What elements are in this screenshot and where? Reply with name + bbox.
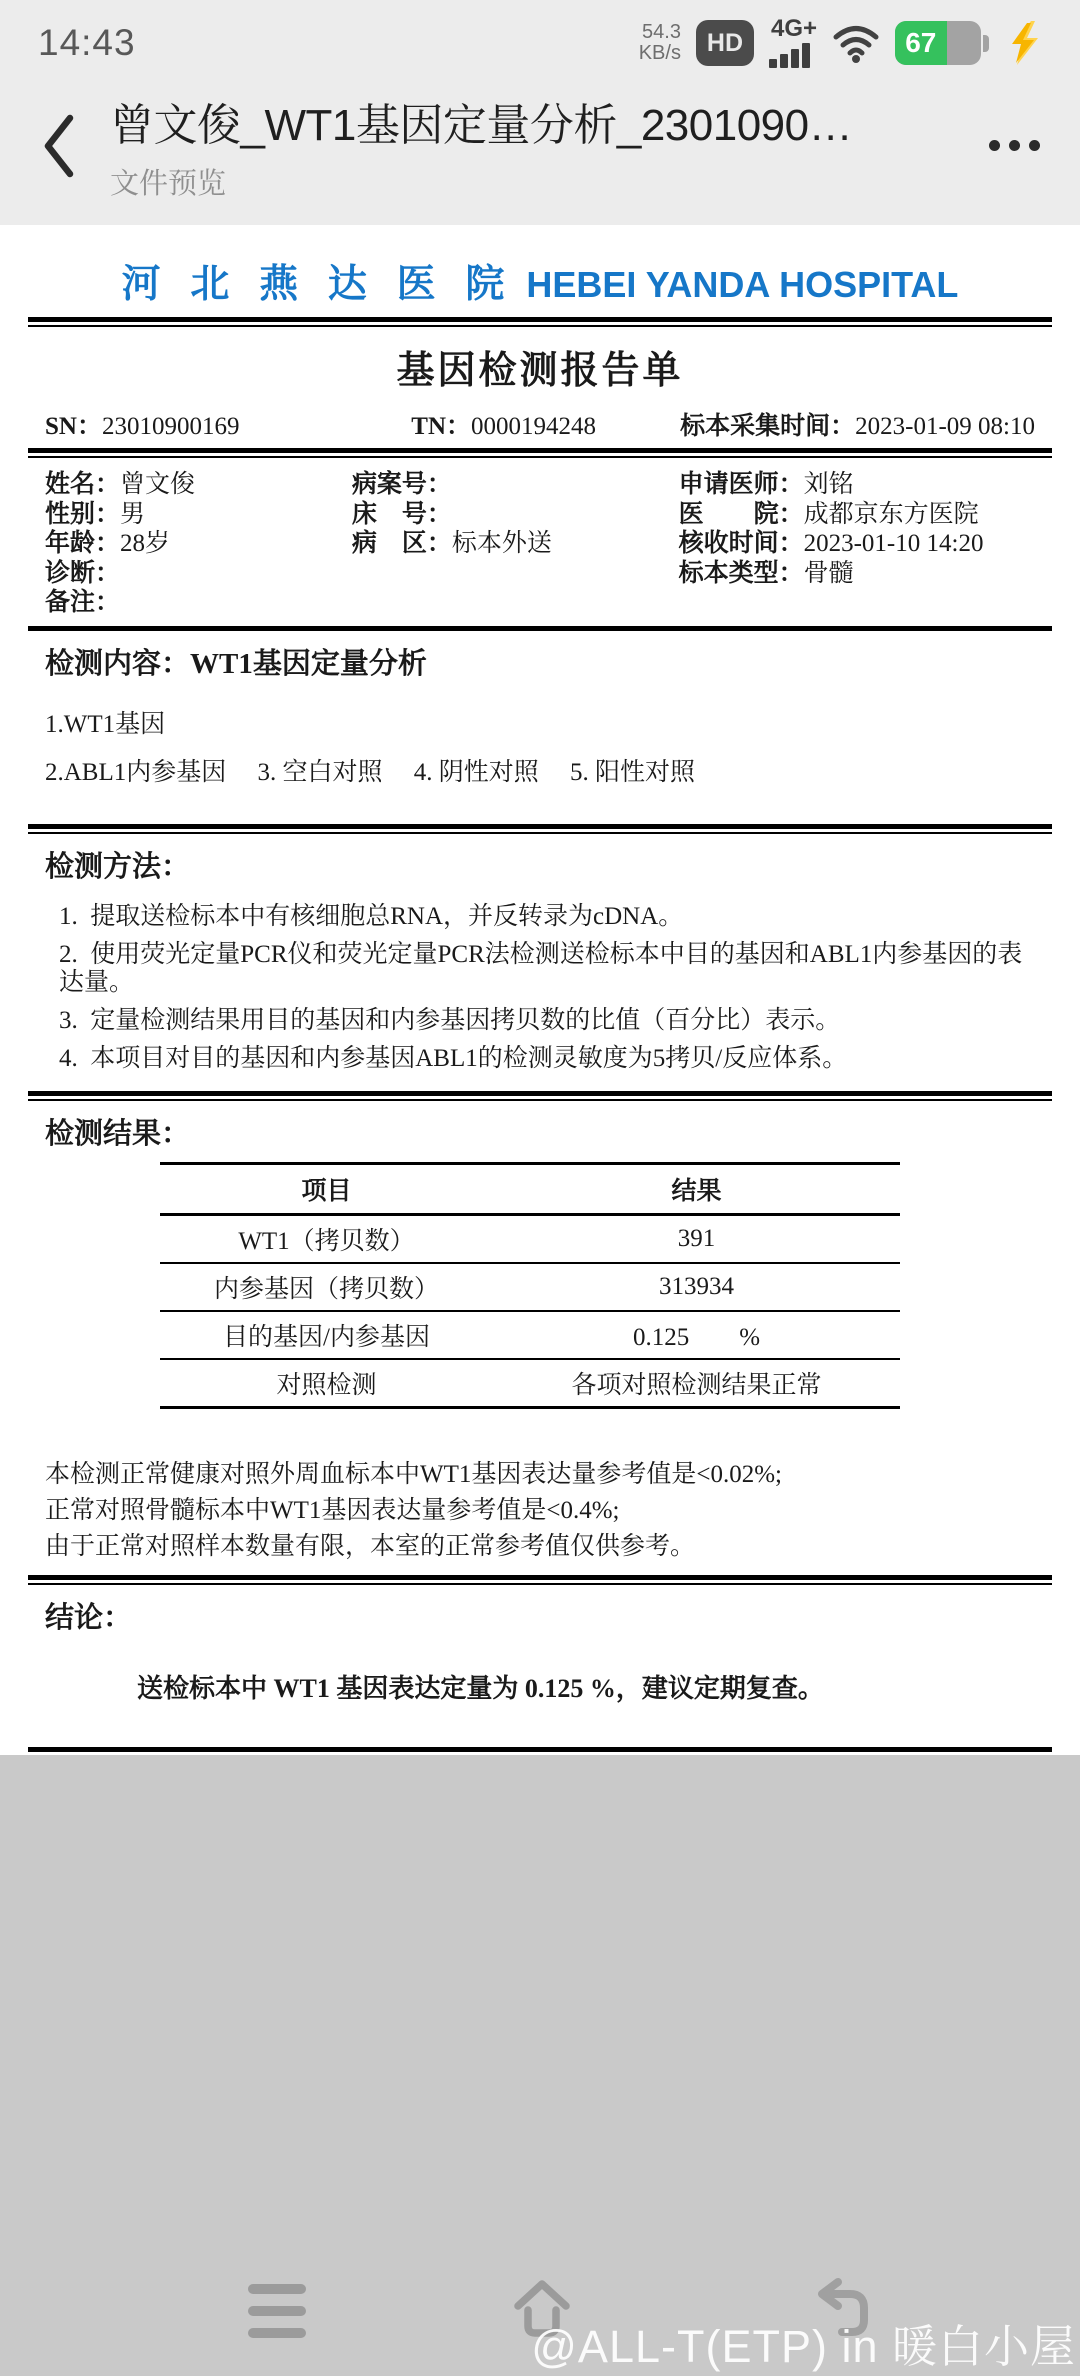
sn-field: SN：23010900169 xyxy=(45,406,411,442)
more-options-button[interactable] xyxy=(989,128,1040,163)
menu-bar-icon xyxy=(248,2284,306,2294)
table-row: 目的基因/内参基因 0.125 % xyxy=(160,1311,900,1359)
network-speed-unit: KB/s xyxy=(639,43,681,64)
network-type-label: 4G+ xyxy=(771,18,817,40)
reference-note: 本检测正常健康对照外周血标本中WT1基因表达量参考值是<0.02%; xyxy=(45,1461,1035,1489)
preview-label: 文件预览 xyxy=(110,161,852,202)
dot-icon xyxy=(1009,140,1020,151)
divider xyxy=(28,626,1052,631)
test-content-heading: 检测内容：WT1基因定量分析 xyxy=(45,641,1035,682)
wifi-icon xyxy=(832,22,880,64)
divider xyxy=(28,317,1052,327)
table-header-row: 项目 结果 xyxy=(160,1163,900,1214)
result-heading: 检测结果： xyxy=(45,1111,1035,1152)
method-section: 检测方法： 1. 提取送检标本中有核细胞总RNA，并反转录为cDNA。 2. 使… xyxy=(28,844,1052,1073)
report-title: 基因检测报告单 xyxy=(28,339,1052,394)
patient-col-2: 病案号： 床 号： 病 区：标本外送 xyxy=(352,470,679,618)
result-table: 项目 结果 WT1（拷贝数） 391 内参基因（拷贝数） 313934 目的基因… xyxy=(160,1162,900,1409)
dot-icon xyxy=(989,140,1000,151)
cell-item: WT1（拷贝数） xyxy=(160,1214,493,1263)
bottom-background: @ALL-T(ETP) in 暖白小屋 xyxy=(0,1755,1080,2376)
conclusion-text: 送检标本中 WT1 基因表达定量为 0.125 %，建议定期复查。 xyxy=(45,1668,1035,1705)
patient-info: 姓名：曾文俊 性别：男 年龄：28岁 诊断： 备注： 病案号： 床 号： 病 区… xyxy=(28,458,1052,624)
cell-value: 各项对照检测结果正常 xyxy=(493,1359,900,1408)
cellular-signal-icon: 4G+ xyxy=(769,18,817,68)
test-content-section: 检测内容：WT1基因定量分析 1.WT1基因 2.ABL1内参基因 3. 空白对… xyxy=(28,641,1052,788)
network-speed: 54.3 KB/s xyxy=(639,22,681,64)
signal-bars-icon xyxy=(769,43,810,68)
hd-volte-icon: HD xyxy=(696,20,754,66)
battery-icon: 67 xyxy=(895,21,989,65)
chevron-left-icon xyxy=(40,113,76,179)
col-header-result: 结果 xyxy=(493,1163,900,1214)
cell-value: 313934 xyxy=(493,1263,900,1311)
document-preview[interactable]: 河 北 燕 达 医 院 HEBEI YANDA HOSPITAL 基因检测报告单… xyxy=(0,225,1080,1755)
table-row: 对照检测 各项对照检测结果正常 xyxy=(160,1359,900,1408)
status-bar: 14:43 54.3 KB/s HD 4G+ xyxy=(0,0,1080,80)
collect-time-field: 标本采集时间：2023-01-09 08:10 xyxy=(679,406,1035,442)
cell-item: 目的基因/内参基因 xyxy=(160,1311,493,1359)
recents-menu-button[interactable] xyxy=(248,2284,306,2338)
divider xyxy=(28,448,1052,458)
app-chrome: 14:43 54.3 KB/s HD 4G+ xyxy=(0,0,1080,225)
test-content-item: 2.ABL1内参基因 3. 空白对照 4. 阴性对照 5. 阳性对照 xyxy=(45,752,1035,788)
cell-value: 0.125 % xyxy=(493,1311,900,1359)
conclusion-section: 结论： 送检标本中 WT1 基因表达定量为 0.125 %，建议定期复查。 xyxy=(28,1595,1052,1705)
conclusion-heading: 结论： xyxy=(45,1595,1035,1636)
network-speed-value: 54.3 xyxy=(639,22,681,43)
method-item: 4. 本项目对目的基因和内参基因ABL1的检测灵敏度为5拷贝/反应体系。 xyxy=(45,1045,1035,1073)
method-item: 1. 提取送检标本中有核细胞总RNA，并反转录为cDNA。 xyxy=(45,903,1035,931)
col-header-item: 项目 xyxy=(160,1163,493,1214)
method-heading: 检测方法： xyxy=(45,844,1035,885)
divider xyxy=(28,1747,1052,1756)
cell-value: 391 xyxy=(493,1214,900,1263)
cell-item: 对照检测 xyxy=(160,1359,493,1408)
charging-bolt-icon xyxy=(1004,19,1046,67)
menu-bar-icon xyxy=(248,2306,306,2316)
hospital-header: 河 北 燕 达 医 院 HEBEI YANDA HOSPITAL xyxy=(28,253,1052,309)
patient-col-1: 姓名：曾文俊 性别：男 年龄：28岁 诊断： 备注： xyxy=(45,470,352,618)
battery-percent: 67 xyxy=(895,21,947,65)
back-button[interactable] xyxy=(36,111,80,181)
hospital-name-cn: 河 北 燕 达 医 院 xyxy=(122,263,515,306)
tn-field: TN：0000194248 xyxy=(411,406,678,442)
watermark-text: @ALL-T(ETP) in 暖白小屋 xyxy=(531,2310,1076,2375)
reference-note: 由于正常对照样本数量有限，本室的正常参考值仅供参考。 xyxy=(45,1533,1035,1561)
menu-bar-icon xyxy=(248,2328,306,2338)
screen: 14:43 54.3 KB/s HD 4G+ xyxy=(0,0,1080,2376)
file-preview-header: 曾文俊_WT1基因定量分析_2301090… 文件预览 xyxy=(0,80,1080,225)
file-title: 曾文俊_WT1基因定量分析_2301090… xyxy=(110,89,852,153)
test-content-item: 1.WT1基因 xyxy=(45,704,1035,740)
table-row: 内参基因（拷贝数） 313934 xyxy=(160,1263,900,1311)
status-icons: 54.3 KB/s HD 4G+ xyxy=(639,18,1046,68)
result-section: 检测结果： 项目 结果 WT1（拷贝数） 391 内参基因（拷贝数） 3139 xyxy=(28,1111,1052,1561)
hospital-name-en: HEBEI YANDA HOSPITAL xyxy=(526,264,958,305)
method-item: 2. 使用荧光定量PCR仪和荧光定量PCR法检测送检标本中目的基因和ABL1内参… xyxy=(45,941,1035,997)
specimen-id-row: SN：23010900169 TN：0000194248 标本采集时间：2023… xyxy=(28,406,1052,442)
patient-col-3: 申请医师：刘铭 医 院：成都京东方医院 核收时间：2023-01-10 14:2… xyxy=(679,470,1035,618)
divider xyxy=(28,1575,1052,1585)
dot-icon xyxy=(1029,140,1040,151)
title-block: 曾文俊_WT1基因定量分析_2301090… 文件预览 xyxy=(110,89,852,202)
reference-note: 正常对照骨髓标本中WT1基因表达量参考值是<0.4%; xyxy=(45,1497,1035,1525)
divider xyxy=(28,824,1052,834)
method-item: 3. 定量检测结果用目的基因和内参基因拷贝数的比值（百分比）表示。 xyxy=(45,1007,1035,1035)
clock: 14:43 xyxy=(38,22,136,64)
divider xyxy=(28,1091,1052,1101)
table-row: WT1（拷贝数） 391 xyxy=(160,1214,900,1263)
reference-notes: 本检测正常健康对照外周血标本中WT1基因表达量参考值是<0.02%; 正常对照骨… xyxy=(45,1461,1035,1561)
cell-item: 内参基因（拷贝数） xyxy=(160,1263,493,1311)
